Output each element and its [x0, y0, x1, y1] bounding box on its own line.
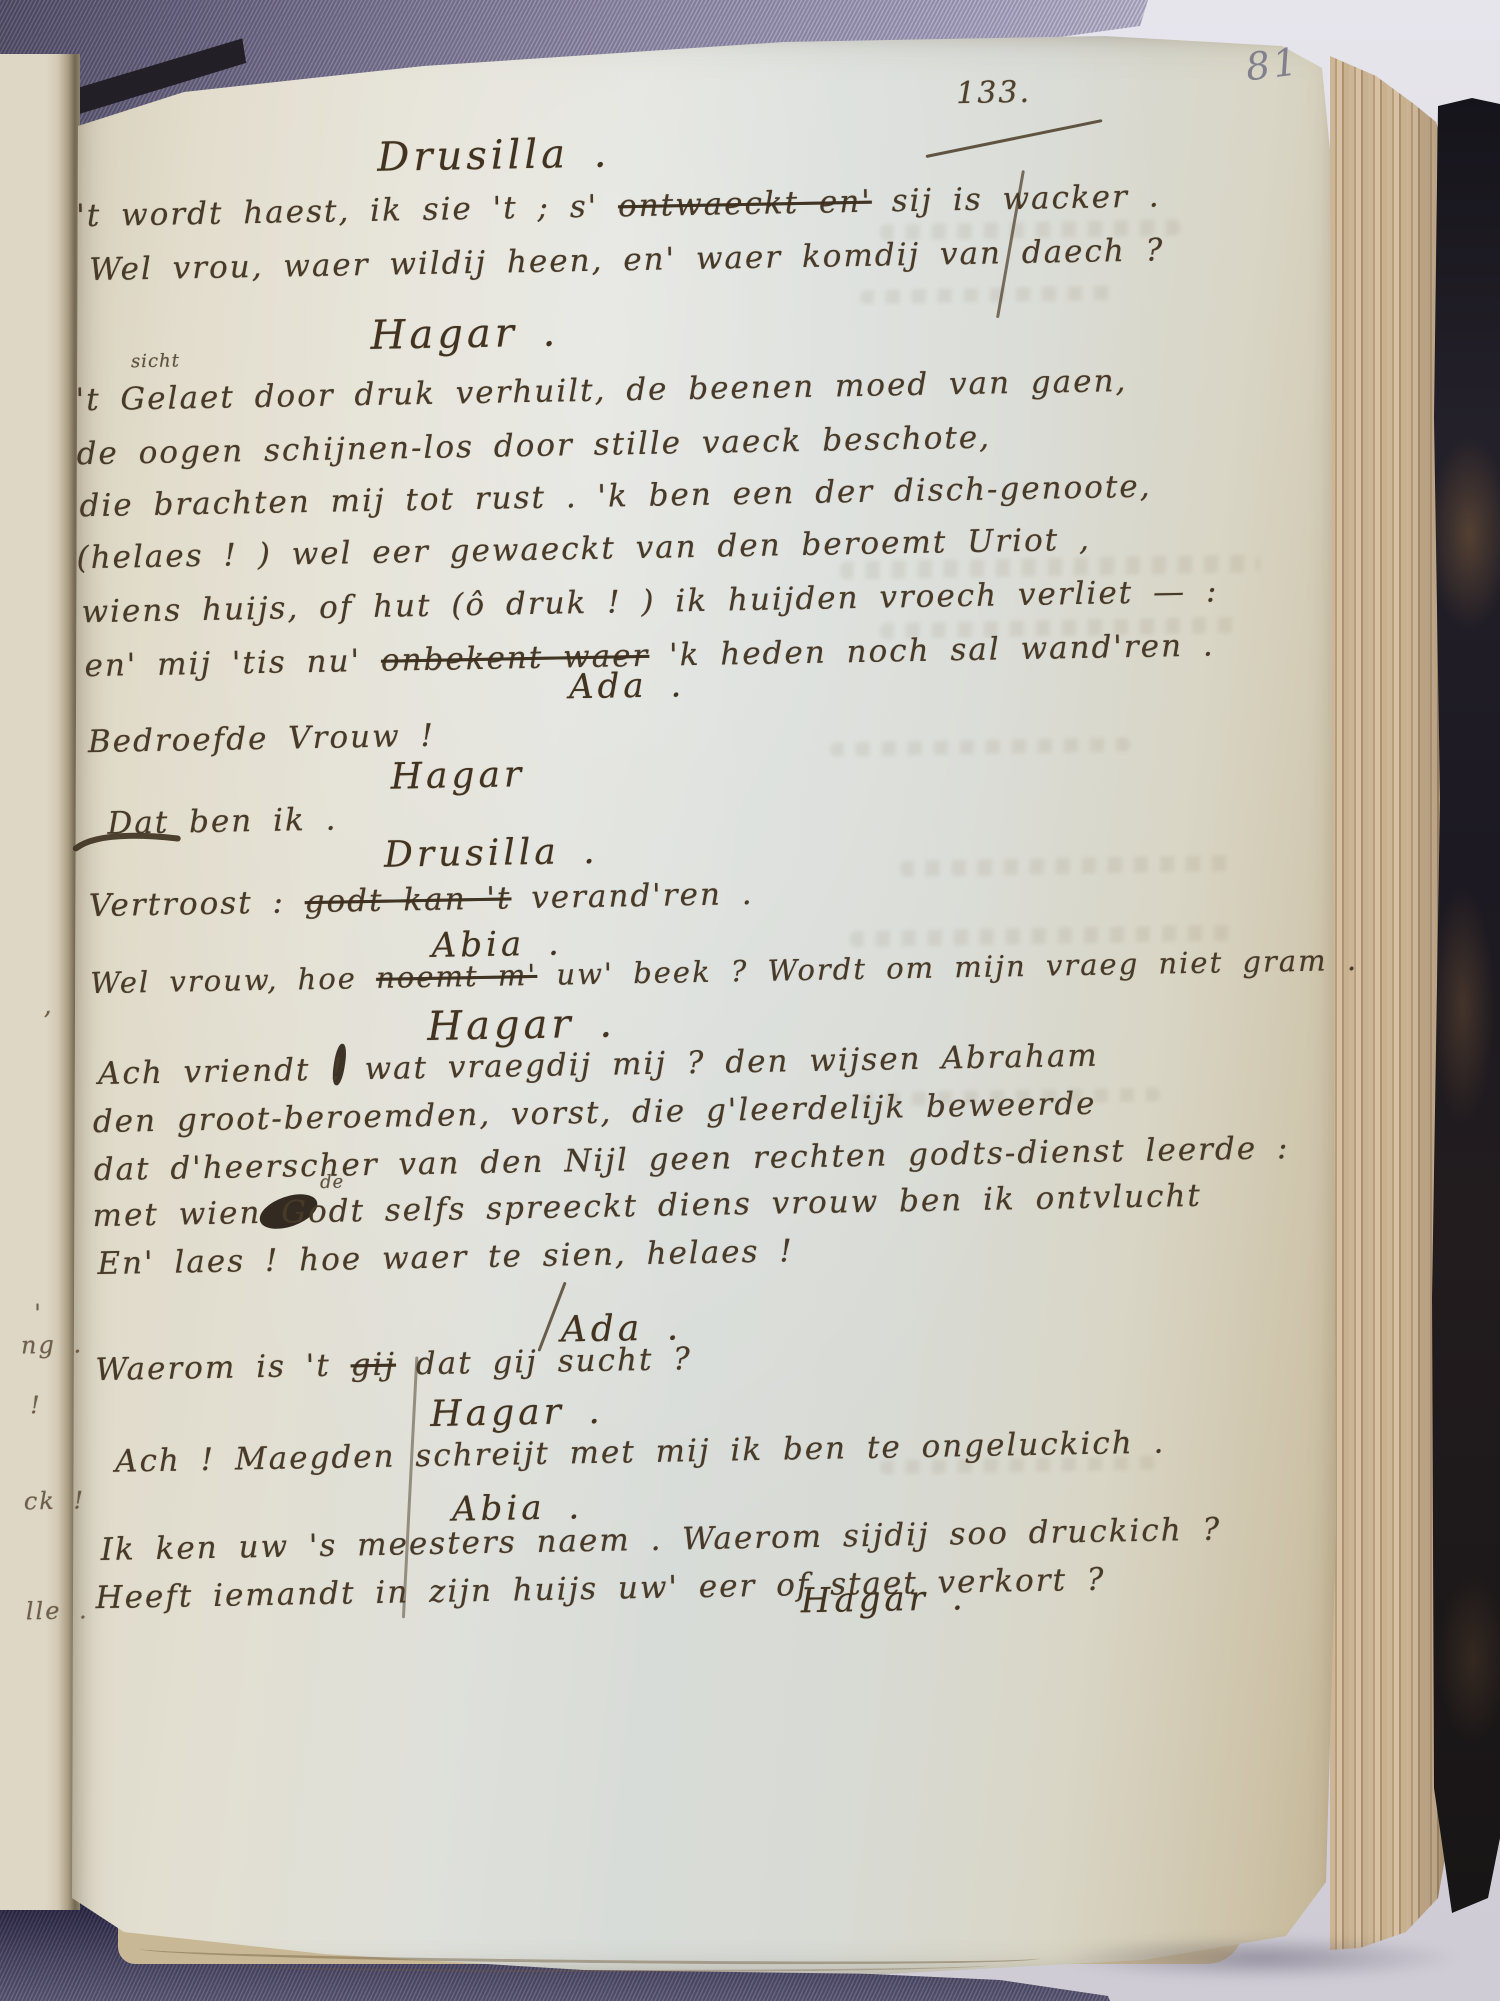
text-segment: gij	[350, 1347, 396, 1384]
text-segment: Hagar .	[427, 1001, 617, 1050]
text-segment: sicht	[131, 350, 180, 372]
verse-line: Waerom is 't gij dat gij sucht ?	[95, 1341, 692, 1388]
margin-fragment: lle .	[26, 1596, 89, 1625]
text-segment: !	[30, 1391, 42, 1419]
text-segment: (helaes ! ) wel eer gewaeckt van den ber…	[76, 522, 1091, 577]
text-segment: 81	[1243, 39, 1302, 89]
margin-fragment: ’	[43, 1007, 54, 1037]
text-segment: ck !	[24, 1486, 86, 1515]
text-segment: Wel vrouw, hoe	[90, 961, 376, 1000]
verse-line: de oogen schijnen-los door stille vaeck …	[76, 420, 991, 473]
margin-fragment: '	[34, 1299, 43, 1327]
speaker-heading: Hagar .	[430, 1391, 604, 1435]
interlinear-correction: de	[320, 1172, 345, 1193]
speaker-heading: Hagar	[390, 754, 525, 797]
text-segment: de	[320, 1172, 345, 1193]
text-segment: Hagar .	[430, 1391, 604, 1435]
verse-line: Dat ben ik .	[107, 802, 338, 842]
text-segment: Hagar	[390, 754, 525, 797]
text-segment: die brachten mij tot rust . 'k ben een d…	[79, 469, 1152, 525]
text-segment: Dat ben ik .	[107, 802, 338, 842]
margin-fragment: ck !	[24, 1486, 86, 1515]
text-segment: ng .	[21, 1330, 84, 1359]
pencil-folio-number: 81	[1243, 39, 1302, 89]
text-segment: wiens huijs, of hut (ô druk ! ) ik huijd…	[81, 573, 1218, 630]
text-segment: Waerom is 't	[95, 1347, 351, 1388]
text-segment: Ach ! Maegden schreijt met mij ik ben te…	[115, 1425, 1166, 1480]
page-number-underline	[926, 119, 1103, 158]
text-segment: sij is wacker .	[871, 178, 1160, 219]
text-segment: de oogen schijnen-los door stille vaeck …	[76, 420, 991, 473]
speaker-heading: Hagar .	[800, 1578, 967, 1621]
text-segment: Ada .	[569, 665, 686, 707]
text-segment: met wien Godt selfs spreeckt diens vrouw…	[92, 1178, 1202, 1234]
verse-line: Bedroefde Vrouw !	[88, 718, 436, 760]
manuscript-photo: { "meta": { "pencil_folio": "81", "ink_p…	[0, 0, 1500, 2001]
verse-line: 't Gelaet door druk verhuilt, de beenen …	[75, 363, 1127, 418]
text-segment: Bedroefde Vrouw !	[88, 718, 436, 760]
text-segment: noemt m'	[376, 958, 538, 995]
text-segment: den groot-beroemden, vorst, die g'leerde…	[93, 1086, 1097, 1140]
text-segment: dat gij sucht ?	[396, 1341, 692, 1382]
text-segment: En' laes ! hoe waer te sien, helaes !	[97, 1233, 794, 1282]
text-segment: Ik ken uw 's meesters naem . Waerom sijd…	[100, 1511, 1221, 1568]
speaker-heading: Drusilla .	[377, 130, 611, 180]
text-segment: en' mij 'tis nu'	[84, 643, 381, 684]
text-segment: ’	[43, 1007, 54, 1037]
text-segment: 't wordt haest, ik sie 't ; s'	[76, 188, 618, 234]
verse-line: Ik ken uw 's meesters naem . Waerom sijd…	[100, 1511, 1221, 1568]
text-segment: lle .	[26, 1596, 89, 1625]
text-segment: 'k heden noch sal wand'ren .	[649, 627, 1215, 673]
handwriting-layer: 133.81Drusilla .'t wordt haest, ik sie '…	[0, 0, 1500, 2001]
text-segment: 133.	[956, 75, 1031, 111]
interlinear-correction: sicht	[131, 350, 180, 372]
text-segment: 't Gelaet door druk verhuilt, de beenen …	[75, 363, 1127, 418]
text-segment: verand'ren .	[511, 876, 754, 916]
text-segment: Hagar .	[370, 309, 560, 358]
verse-line: En' laes ! hoe waer te sien, helaes !	[97, 1233, 794, 1282]
speaker-heading: Hagar .	[427, 1001, 617, 1050]
speaker-heading: Ada .	[569, 665, 686, 707]
verse-line: wiens huijs, of hut (ô druk ! ) ik huijd…	[81, 573, 1218, 630]
verse-line: 't wordt haest, ik sie 't ; s' ontwaeckt…	[76, 178, 1161, 234]
margin-fragment: !	[30, 1391, 42, 1419]
speaker-heading: Hagar .	[370, 309, 560, 358]
verse-line: met wien Godt selfs spreeckt diens vrouw…	[92, 1178, 1202, 1234]
verse-line: Wel vrouw, hoe noemt m' uw' beek ? Wordt…	[90, 943, 1358, 1000]
text-segment: godt kan 't	[304, 880, 511, 920]
verse-line: Ach ! Maegden schreijt met mij ik ben te…	[115, 1425, 1166, 1480]
text-segment: ontwaeckt en'	[618, 184, 872, 225]
speaker-heading: Drusilla .	[384, 831, 599, 876]
verse-line: (helaes ! ) wel eer gewaeckt van den ber…	[76, 522, 1091, 577]
ink-page-number: 133.	[956, 75, 1031, 111]
text-segment: uw' beek ? Wordt om mijn vraeg niet gram…	[537, 943, 1358, 992]
verse-line: die brachten mij tot rust . 'k ben een d…	[79, 469, 1152, 525]
text-segment: Drusilla .	[377, 130, 611, 180]
text-segment: '	[34, 1299, 43, 1327]
verse-line: Vertroost : godt kan 't verand'ren .	[89, 876, 754, 924]
text-segment: Drusilla .	[384, 831, 599, 876]
text-segment: Hagar .	[800, 1578, 967, 1621]
margin-fragment: ng .	[21, 1330, 84, 1359]
verse-line: den groot-beroemden, vorst, die g'leerde…	[93, 1086, 1097, 1140]
text-segment: Vertroost :	[89, 884, 305, 924]
